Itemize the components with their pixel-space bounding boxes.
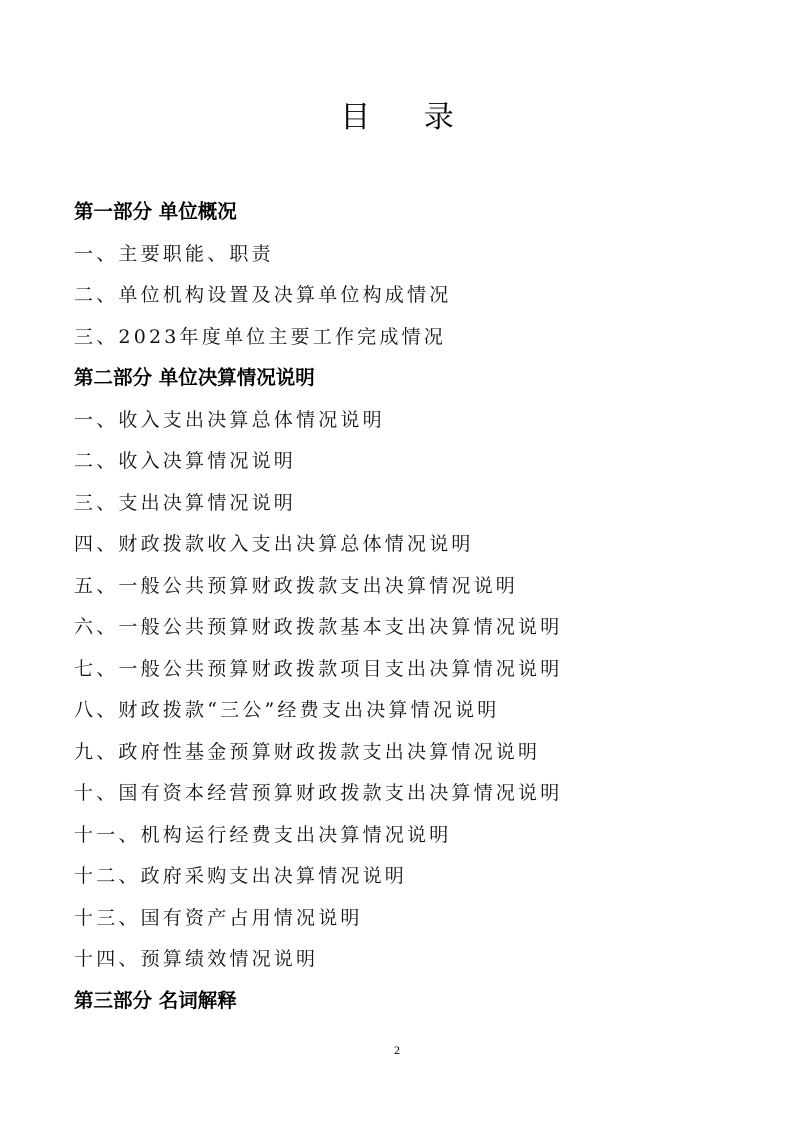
toc-part-1: 第一部分 单位概况 [74,197,734,239]
toc-item: 四、财政拨款收入支出决算总体情况说明 [74,529,734,571]
toc-item: 八、财政拨款“三公”经费支出决算情况说明 [74,695,734,737]
page-number: 2 [0,1043,794,1058]
toc-item: 二、收入决算情况说明 [74,446,734,488]
toc-item: 一、主要职能、职责 [74,239,734,281]
toc-item: 七、一般公共预算财政拨款项目支出决算情况说明 [74,654,734,696]
toc-item: 一、收入支出决算总体情况说明 [74,405,734,447]
toc-item: 十、国有资本经营预算财政拨款支出决算情况说明 [74,778,734,820]
toc-item: 六、一般公共预算财政拨款基本支出决算情况说明 [74,612,734,654]
toc-item: 九、政府性基金预算财政拨款支出决算情况说明 [74,737,734,779]
toc-item: 十二、政府采购支出决算情况说明 [74,861,734,903]
toc-item: 五、一般公共预算财政拨款支出决算情况说明 [74,571,734,613]
toc-item: 十四、预算绩效情况说明 [74,944,734,986]
toc-item: 十三、国有资产占用情况说明 [74,903,734,945]
toc-part-3: 第三部分 名词解释 [74,986,734,1028]
toc-item: 十一、机构运行经费支出决算情况说明 [74,820,734,862]
toc-item: 三、支出决算情况说明 [74,488,734,530]
toc-part-2: 第二部分 单位决算情况说明 [74,363,734,405]
table-of-contents: 第一部分 单位概况 一、主要职能、职责 二、单位机构设置及决算单位构成情况 三、… [74,197,734,1027]
page-title: 目 录 [0,98,794,138]
toc-item: 三、2023年度单位主要工作完成情况 [74,322,734,364]
toc-item: 二、单位机构设置及决算单位构成情况 [74,280,734,322]
